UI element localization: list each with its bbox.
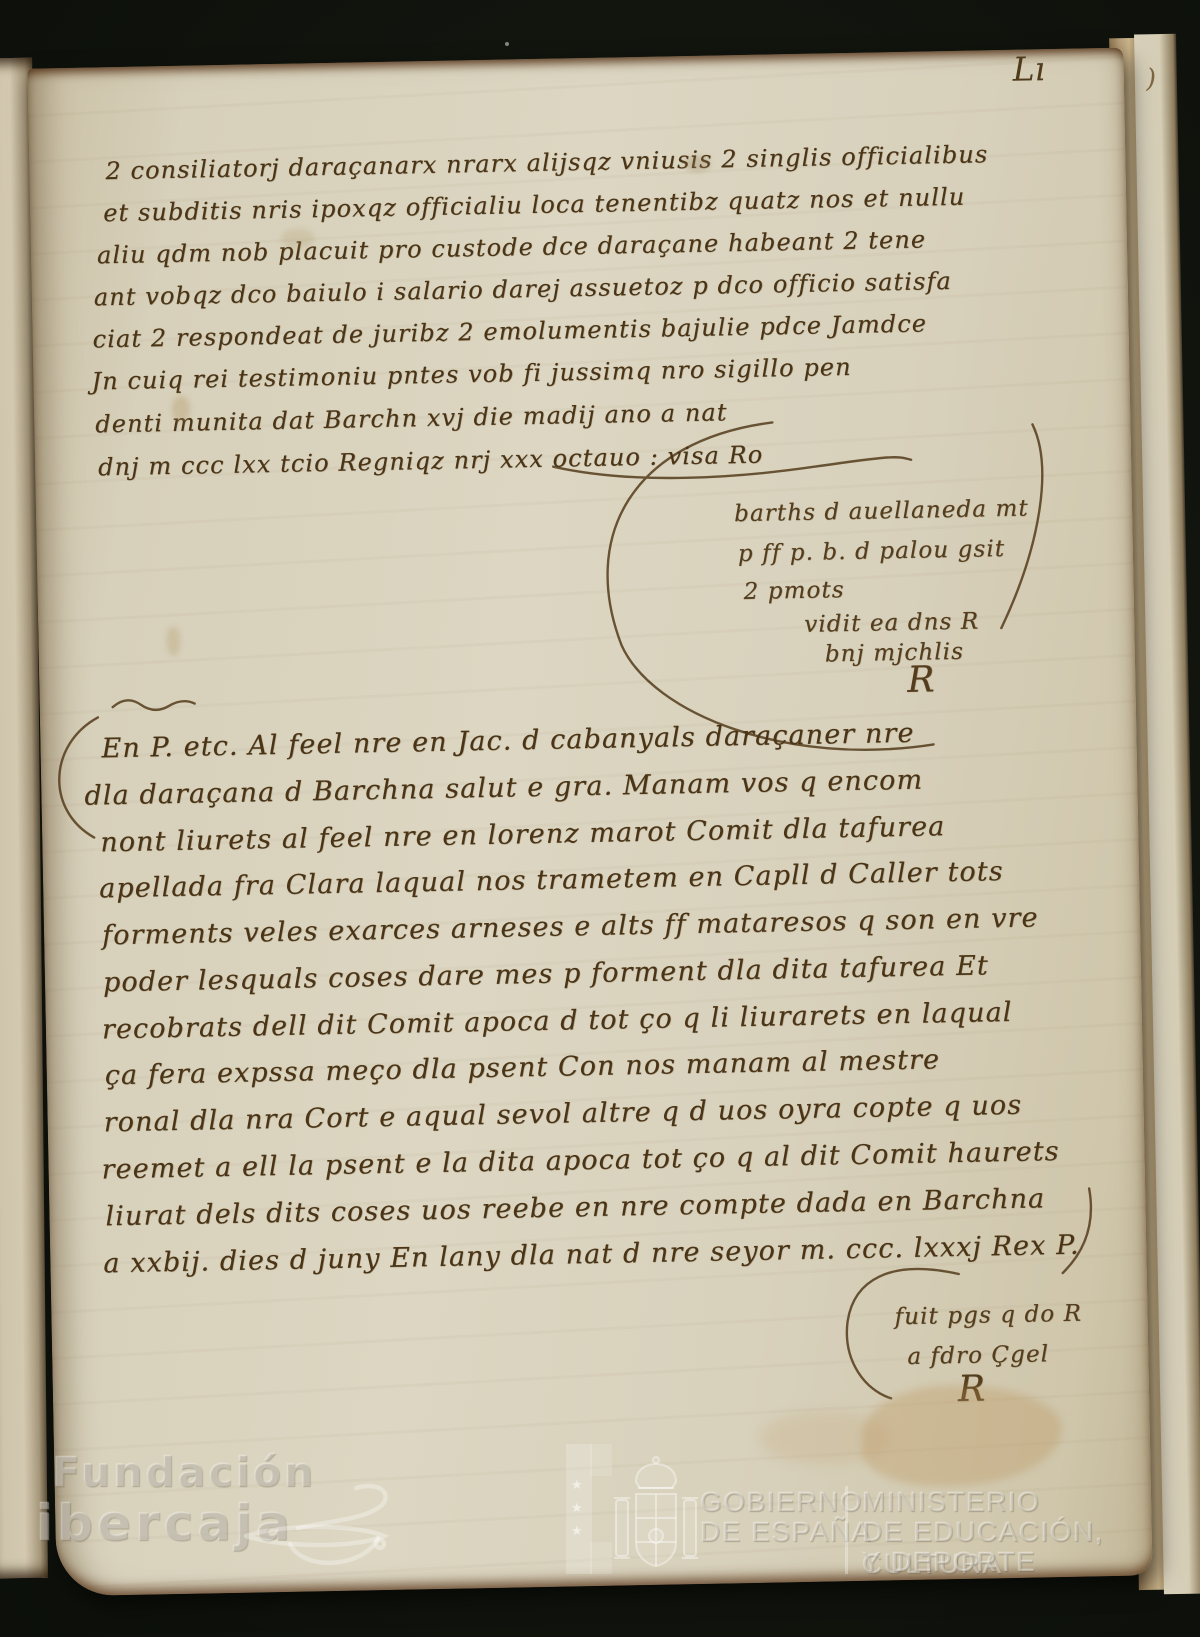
signature-line: bnj mjchlis [825,639,965,668]
gobierno-line1: GOBIERNO [700,1486,863,1518]
manuscript-line: ciat 2 respondeat de juribz 2 emolumenti… [92,309,927,353]
manuscript-line: a xxbij. dies d juny En lany dla nat d n… [103,1230,1080,1280]
paragraph-2: En P. etc. Al feel nre en Jac. d cabanya… [27,48,1123,69]
manuscript-line: nont liurets al feel nre en lorenz marot… [100,811,946,858]
manuscript-line: En P. etc. Al feel nre en Jac. d cabanya… [101,718,915,765]
page-edge-mark: ) [1145,64,1156,94]
manuscript-line: poder lesquals coses dare mes p forment … [103,950,989,998]
paper-spot [166,626,181,656]
folio-mark: Lı [1012,49,1045,89]
signature-line: vidit ea dns R [804,608,979,637]
manuscript-line: ça fera expssa meço dla psent Con nos ma… [104,1044,940,1091]
manuscript-line: reemet a ell la psent e la dita apoca to… [101,1136,1060,1185]
signature-line: fuit pgs q do R [894,1301,1082,1331]
signature-flourish: R [907,659,936,701]
manuscript-line: aliu qdm nob placuit pro custode dce dar… [97,225,927,269]
signature-block-2: fuit pgs q do R a fdro Çgel R [27,48,1123,69]
signature-line: 2 pmots [743,577,845,605]
manuscript-line: denti munita dat Barchn xvj die madij an… [95,398,728,438]
paper-stain [760,1412,890,1464]
manuscript-line: 2 consiliatorj daraçanarx nrarx alijsqz … [105,140,988,185]
manuscript-line: Jn cuiq rei testimoniu pntes vob fi juss… [91,353,852,396]
manuscript-line: liurat dels dits coses uos reebe en nre … [105,1183,1045,1232]
spain-coat-of-arms-icon [608,1452,704,1578]
manuscript-line: recobrats dell dit Comit apoca d tot ço … [102,997,1013,1045]
watermark-divider [845,1486,848,1574]
manuscript-line: forments veles exarces arneses e alts ff… [102,902,1039,951]
signature-block-1: barths d auellaneda mt p ff p. b. d palo… [27,48,1123,69]
dust-speck [505,42,509,46]
signature-line: barths d auellaneda mt [734,496,1029,528]
signature-line: a fdro Çgel [907,1341,1049,1370]
ibercaja-logo-icon [238,1478,398,1573]
ministerio-line1: MINISTERIO [862,1486,1040,1518]
signature-line: p ff p. b. d palou gsit [738,536,1006,567]
ministerio-line3: Y DEPORTE [862,1546,1036,1578]
manuscript-page: Lı 2 consiliatorj daraçanarx nrarx alijs… [27,48,1152,1597]
manuscript-line: dnj m ccc lxx tcio Regniqz nrj xxx octau… [98,441,764,482]
photo-scene: Lı 2 consiliatorj daraçanarx nrarx alijs… [0,0,1200,1637]
manuscript-line: dla daraçana d Barchna salut e gra. Mana… [84,765,923,812]
manuscript-line: et subditis nris ipoxqz officialiu loca … [103,183,966,228]
manuscript-line: ant vobqz dco baiulo i salario darej ass… [94,267,953,311]
paragraph-1: 2 consiliatorj daraçanarx nrarx alijsqz … [27,48,1123,69]
paper-spot [172,396,190,422]
manuscript-line: apellada fra Clara laqual nos trametem e… [99,856,1004,904]
manuscript-line: ronal dla nra Cort e aqual sevol altre q… [103,1090,1022,1139]
